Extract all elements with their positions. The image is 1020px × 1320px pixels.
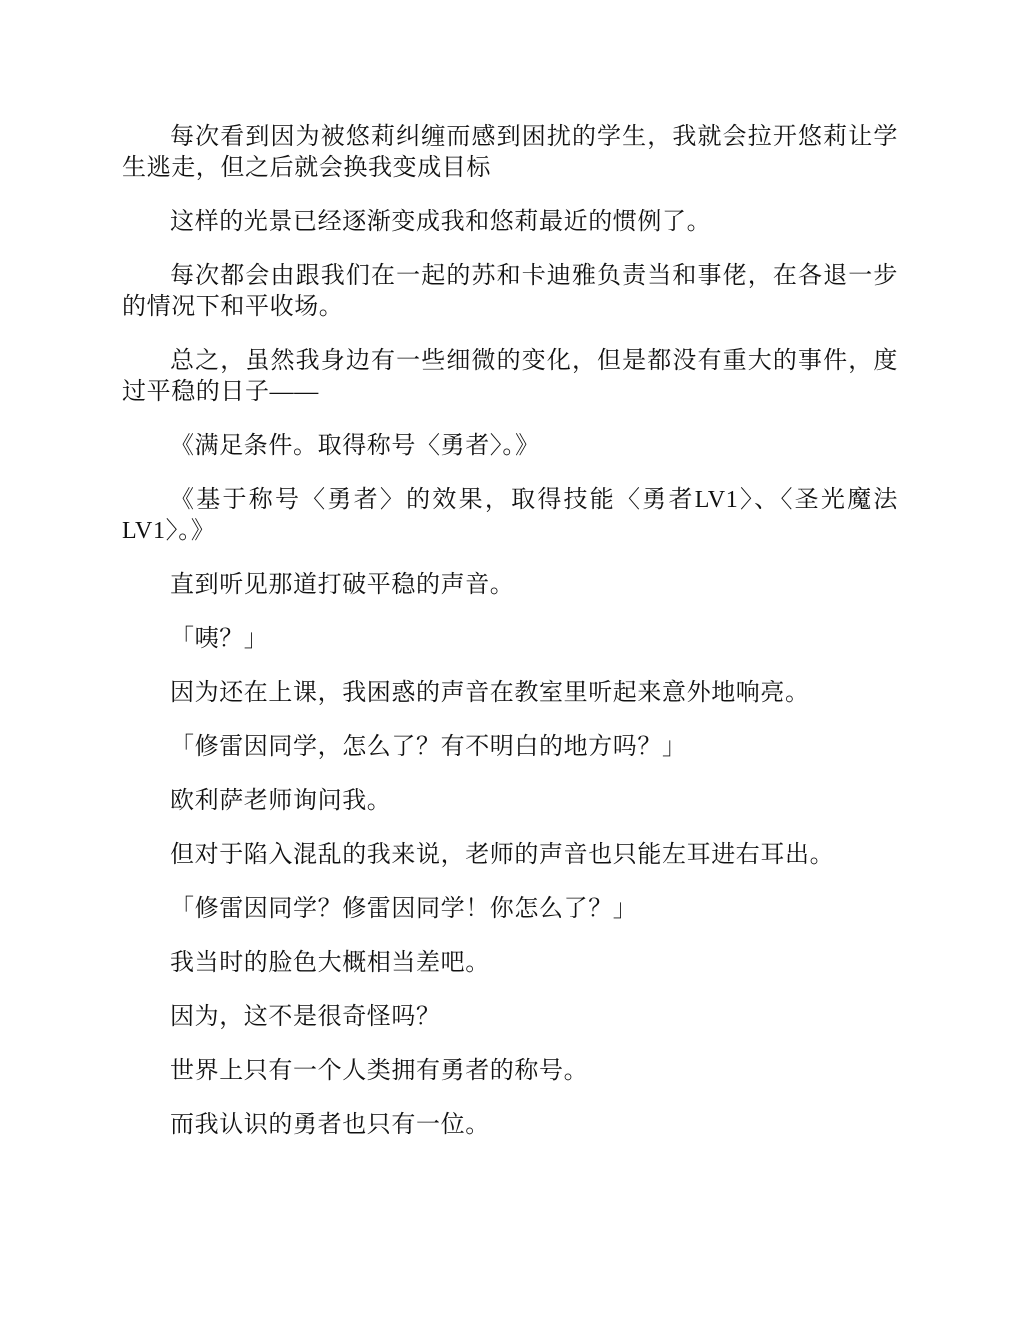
- paragraph-3: 每次都会由跟我们在一起的苏和卡迪雅负责当和事佬，在各退一步的情况下和平收场。: [122, 261, 898, 323]
- paragraph-2: 这样的光景已经逐渐变成我和悠莉最近的惯例了。: [122, 207, 898, 238]
- paragraph-15: 因为，这不是很奇怪吗？: [122, 1002, 898, 1033]
- paragraph-8-dialogue: 「咦？」: [122, 624, 898, 655]
- paragraph-1: 每次看到因为被悠莉纠缠而感到困扰的学生，我就会拉开悠莉让学生逃走，但之后就会换我…: [122, 122, 898, 184]
- paragraph-9: 因为还在上课，我困惑的声音在教室里听起来意外地响亮。: [122, 678, 898, 709]
- paragraph-4: 总之，虽然我身边有一些细微的变化，但是都没有重大的事件，度过平稳的日子——: [122, 346, 898, 408]
- paragraph-5-system-message: 《满足条件。取得称号〈勇者〉。》: [122, 431, 898, 462]
- paragraph-6-system-message: 《基于称号〈勇者〉的效果，取得技能〈勇者LV1〉、〈圣光魔法LV1〉。》: [122, 485, 898, 547]
- paragraph-10-dialogue: 「修雷因同学，怎么了？有不明白的地方吗？」: [122, 732, 898, 763]
- novel-page: 每次看到因为被悠莉纠缠而感到困扰的学生，我就会拉开悠莉让学生逃走，但之后就会换我…: [0, 0, 1020, 1320]
- paragraph-14: 我当时的脸色大概相当差吧。: [122, 948, 898, 979]
- paragraph-7: 直到听见那道打破平稳的声音。: [122, 570, 898, 601]
- paragraph-17: 而我认识的勇者也只有一位。: [122, 1110, 898, 1141]
- paragraph-12: 但对于陷入混乱的我来说，老师的声音也只能左耳进右耳出。: [122, 840, 898, 871]
- paragraph-16: 世界上只有一个人类拥有勇者的称号。: [122, 1056, 898, 1087]
- paragraph-13-dialogue: 「修雷因同学？修雷因同学！你怎么了？」: [122, 894, 898, 925]
- paragraph-11: 欧利萨老师询问我。: [122, 786, 898, 817]
